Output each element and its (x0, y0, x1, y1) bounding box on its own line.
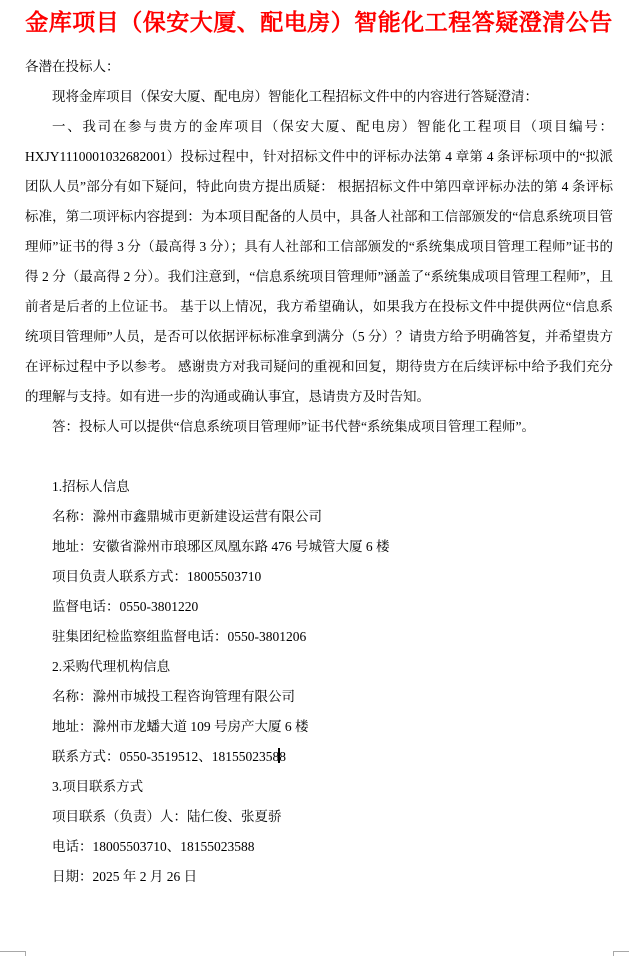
paragraph-line[interactable]: 电话：18005503710、18155023588 (25, 832, 613, 862)
page-corner-mark-bottom-right-vertical (613, 951, 614, 956)
paragraph-line[interactable]: 项目负责人联系方式：18005503710 (25, 562, 613, 592)
paragraph-line[interactable]: 名称：滁州市鑫鼎城市更新建设运营有限公司 (25, 502, 613, 532)
paragraph-line[interactable]: 地址：滁州市龙蟠大道 109 号房产大厦 6 楼 (25, 712, 613, 742)
paragraph-text: 8 (279, 749, 286, 764)
paragraph-line[interactable]: 名称：滁州市城投工程咨询管理有限公司 (25, 682, 613, 712)
paragraph-line[interactable]: 现将金库项目（保安大厦、配电房）智能化工程招标文件中的内容进行答疑澄清： (25, 82, 613, 112)
paragraph-line[interactable]: 监督电话：0550-3801220 (25, 592, 613, 622)
paragraph-line[interactable]: 项目联系（负责）人：陆仁俊、张夏骄 (25, 802, 613, 832)
page-corner-mark-bottom-right-horizontal (613, 951, 629, 952)
page-title[interactable]: 金库项目（保安大厦、配电房）智能化工程答疑澄清公告 (25, 6, 613, 40)
paragraph-line[interactable]: 驻集团纪检监察组监督电话：0550-3801206 (25, 622, 613, 652)
paragraph-line[interactable]: 一、我司在参与贵方的金库项目（保安大厦、配电房）智能化工程项目（项目编号：HXJ… (25, 112, 613, 412)
paragraph-line[interactable]: 地址：安徽省滁州市琅琊区凤凰东路 476 号城管大厦 6 楼 (25, 532, 613, 562)
document-body[interactable]: 各潜在投标人：现将金库项目（保安大厦、配电房）智能化工程招标文件中的内容进行答疑… (25, 52, 613, 892)
paragraph-line[interactable]: 日期：2025 年 2 月 26 日 (25, 862, 613, 892)
page-corner-mark-bottom-left-vertical (25, 951, 26, 956)
paragraph-text: 联系方式：0550-3519512、1815502358 (52, 749, 279, 764)
paragraph-line[interactable]: 1.招标人信息 (25, 472, 613, 502)
paragraph-line[interactable]: 联系方式：0550-3519512、18155023588 (25, 742, 613, 772)
paragraph-line[interactable]: 2.采购代理机构信息 (25, 652, 613, 682)
paragraph-line[interactable]: 3.项目联系方式 (25, 772, 613, 802)
page-corner-mark-bottom-left-horizontal (0, 951, 25, 952)
document-page: 金库项目（保安大厦、配电房）智能化工程答疑澄清公告 各潜在投标人：现将金库项目（… (0, 6, 629, 956)
paragraph-line[interactable]: 各潜在投标人： (25, 52, 613, 82)
blank-line (25, 442, 613, 472)
paragraph-line[interactable]: 答：投标人可以提供“信息系统项目管理师”证书代替“系统集成项目管理工程师”。 (25, 412, 613, 442)
